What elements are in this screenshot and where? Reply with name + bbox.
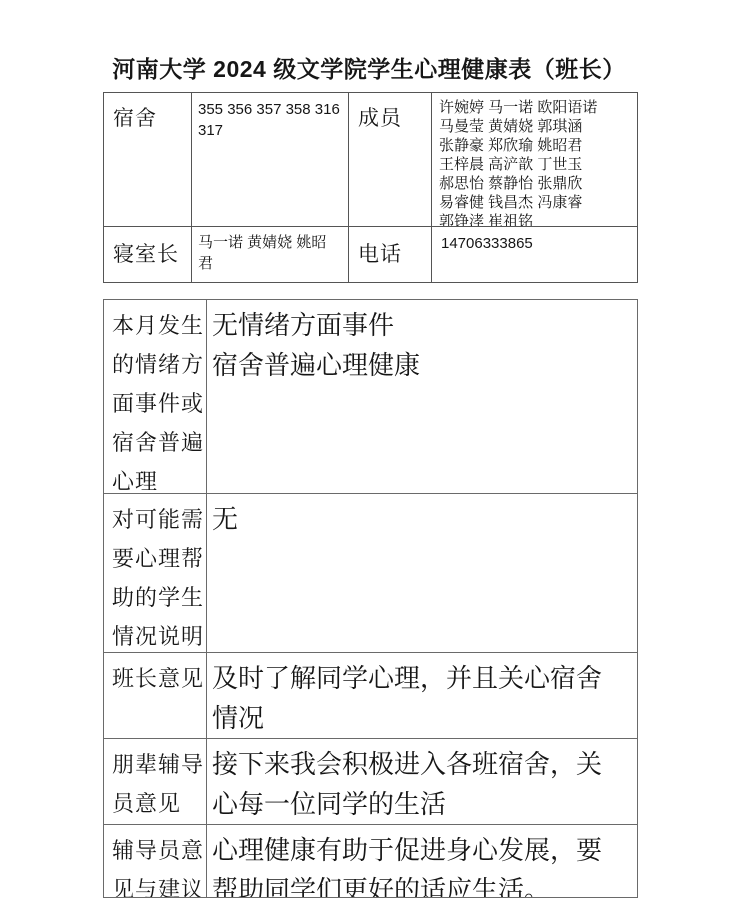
- peer-counselor-opinion-label-cell: 朋辈辅导 员意见: [104, 738, 206, 824]
- counselor-suggestion-value-cell: 心理健康有助于促进身心发展，要 帮助同学们更好的适应生活。: [206, 824, 637, 897]
- members-cell: 许婉婷 马一诺 欧阳语诺 马曼莹 黄婧娆 郭琪涵 张静豪 郑欣瑜 姚昭君 王梓晨…: [431, 93, 637, 226]
- phone-cell: 14706333865: [431, 226, 637, 282]
- form-title: 河南大学 2024 级文学院学生心理健康表（班长）: [0, 51, 738, 84]
- counselor-suggestion-label-cell: 辅导员意 见与建议: [104, 824, 206, 897]
- info-table: 宿舍 355 356 357 358 316 317 成员 许婉婷 马一诺 欧阳…: [103, 92, 638, 283]
- detail-table: 本月发生 的情绪方 面事件或 宿舍普遍 心理 无情绪方面事件 宿舍普遍心理健康 …: [103, 299, 638, 898]
- member-names-line: 许婉婷 马一诺 欧阳语诺: [439, 98, 634, 117]
- monitor-opinion-label-cell: 班长意见: [104, 652, 206, 738]
- room-leader-cell: 马一诺 黄婧娆 姚昭君: [191, 226, 348, 282]
- member-names-line: 张静豪 郑欣瑜 姚昭君: [439, 136, 634, 155]
- dorm-numbers-cell: 355 356 357 358 316 317: [191, 93, 348, 226]
- students-needing-help-value-cell: 无: [206, 493, 637, 652]
- members-label-cell: 成员: [348, 93, 431, 226]
- peer-counselor-opinion-value-cell: 接下来我会积极进入各班宿舍，关 心每一位同学的生活: [206, 738, 637, 824]
- room-leader-label-cell: 寝室长: [104, 226, 191, 282]
- member-names-line: 王梓晨 高浐歆 丁世玉: [439, 155, 634, 174]
- member-names-line: 郝思怡 蔡静怡 张鼎欣: [439, 174, 634, 193]
- monthly-events-value-cell: 无情绪方面事件 宿舍普遍心理健康: [206, 300, 637, 493]
- students-needing-help-label-cell: 对可能需 要心理帮 助的学生 情况说明: [104, 493, 206, 652]
- member-names-line: 郭铮涍 崔祖铭: [439, 212, 634, 226]
- dorm-label-cell: 宿舍: [104, 93, 191, 226]
- member-names-line: 马曼莹 黄婧娆 郭琪涵: [439, 117, 634, 136]
- monitor-opinion-value-cell: 及时了解同学心理，并且关心宿舍 情况: [206, 652, 637, 738]
- member-names-line: 易睿健 钱昌杰 冯康睿: [439, 193, 634, 212]
- monthly-events-label-cell: 本月发生 的情绪方 面事件或 宿舍普遍 心理: [104, 300, 206, 493]
- phone-label-cell: 电话: [348, 226, 431, 282]
